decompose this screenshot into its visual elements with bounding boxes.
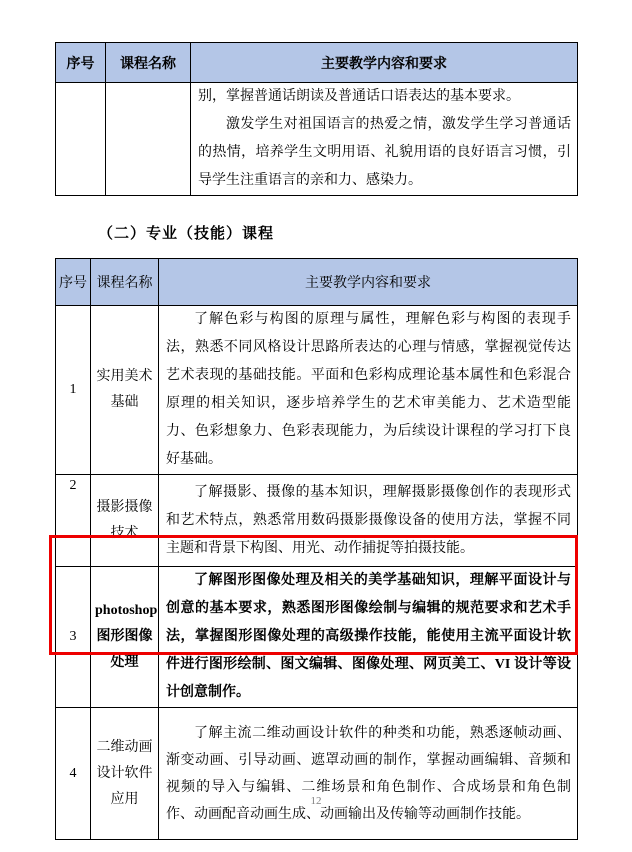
column-header-content: 主要教学内容和要求 [191, 43, 578, 83]
document-page: 序号 课程名称 主要教学内容和要求 别，掌握普通话朗读及普通话口语表达的基本要求… [0, 0, 632, 852]
cell-content: 了解色彩与构图的原理与属性，理解色彩与构图的表现手法，熟悉不同风格设计思路所表达… [159, 306, 578, 475]
cell-number: 1 [56, 306, 91, 475]
page-number: 12 [0, 795, 632, 807]
cell-course-name: photoshop 图形图像处理 [91, 567, 159, 708]
column-header-course-name: 课程名称 [91, 259, 159, 306]
section-heading: （二）专业（技能）课程 [98, 222, 274, 243]
cell-content: 了解摄影、摄像的基本知识，理解摄影摄像创作的表现形式和艺术特点，熟悉常用数码摄影… [159, 475, 578, 567]
column-header-number: 序号 [56, 259, 91, 306]
content-paragraph: 了解色彩与构图的原理与属性，理解色彩与构图的表现手法，熟悉不同风格设计思路所表达… [166, 306, 571, 474]
cell-number: 3 [56, 567, 91, 708]
content-paragraph: 激发学生对祖国语言的热爱之情，激发学生学习普通话的热情，培养学生文明用语、礼貌用… [198, 111, 571, 195]
table-row-photography: 2 摄影摄像技术 了解摄影、摄像的基本知识，理解摄影摄像创作的表现形式和艺术特点… [56, 475, 578, 567]
table-header-row: 序号 课程名称 主要教学内容和要求 [56, 43, 578, 83]
content-paragraph: 别，掌握普通话朗读及普通话口语表达的基本要求。 [198, 83, 571, 111]
course-table-continued: 序号 课程名称 主要教学内容和要求 别，掌握普通话朗读及普通话口语表达的基本要求… [55, 42, 578, 196]
table-header-row: 序号 课程名称 主要教学内容和要求 [56, 259, 578, 306]
table-row-2d-animation: 4 二维动画设计软件应用 了解主流二维动画设计软件的种类和功能，熟悉逐帧动画、渐… [56, 708, 578, 840]
cell-content: 别，掌握普通话朗读及普通话口语表达的基本要求。 激发学生对祖国语言的热爱之情，激… [191, 83, 578, 196]
column-header-content: 主要教学内容和要求 [159, 259, 578, 306]
table-row-practical-art: 1 实用美术基础 了解色彩与构图的原理与属性，理解色彩与构图的表现手法，熟悉不同… [56, 306, 578, 475]
cell-content: 了解主流二维动画设计软件的种类和功能，熟悉逐帧动画、渐变动画、引导动画、遮罩动画… [159, 708, 578, 840]
cell-course-name: 实用美术基础 [91, 306, 159, 475]
content-paragraph: 了解图形图像处理及相关的美学基础知识，理解平面设计与创意的基本要求，熟悉图形图像… [166, 567, 571, 707]
cell-content: 了解图形图像处理及相关的美学基础知识，理解平面设计与创意的基本要求，熟悉图形图像… [159, 567, 578, 708]
cell-number [56, 83, 106, 196]
table-row-photoshop-highlighted: 3 photoshop 图形图像处理 了解图形图像处理及相关的美学基础知识，理解… [56, 567, 578, 708]
cell-number: 2 [56, 475, 91, 567]
cell-course-name: 摄影摄像技术 [91, 475, 159, 567]
table-row: 别，掌握普通话朗读及普通话口语表达的基本要求。 激发学生对祖国语言的热爱之情，激… [56, 83, 578, 196]
course-table-professional: 序号 课程名称 主要教学内容和要求 1 实用美术基础 了解色彩与构图的原理与属性… [55, 258, 578, 840]
content-paragraph: 了解摄影、摄像的基本知识，理解摄影摄像创作的表现形式和艺术特点，熟悉常用数码摄影… [166, 479, 571, 563]
column-header-number: 序号 [56, 43, 106, 83]
cell-course-name: 二维动画设计软件应用 [91, 708, 159, 840]
content-paragraph: 了解主流二维动画设计软件的种类和功能，熟悉逐帧动画、渐变动画、引导动画、遮罩动画… [166, 720, 571, 828]
column-header-course-name: 课程名称 [106, 43, 191, 83]
cell-number: 4 [56, 708, 91, 840]
cell-course-name [106, 83, 191, 196]
